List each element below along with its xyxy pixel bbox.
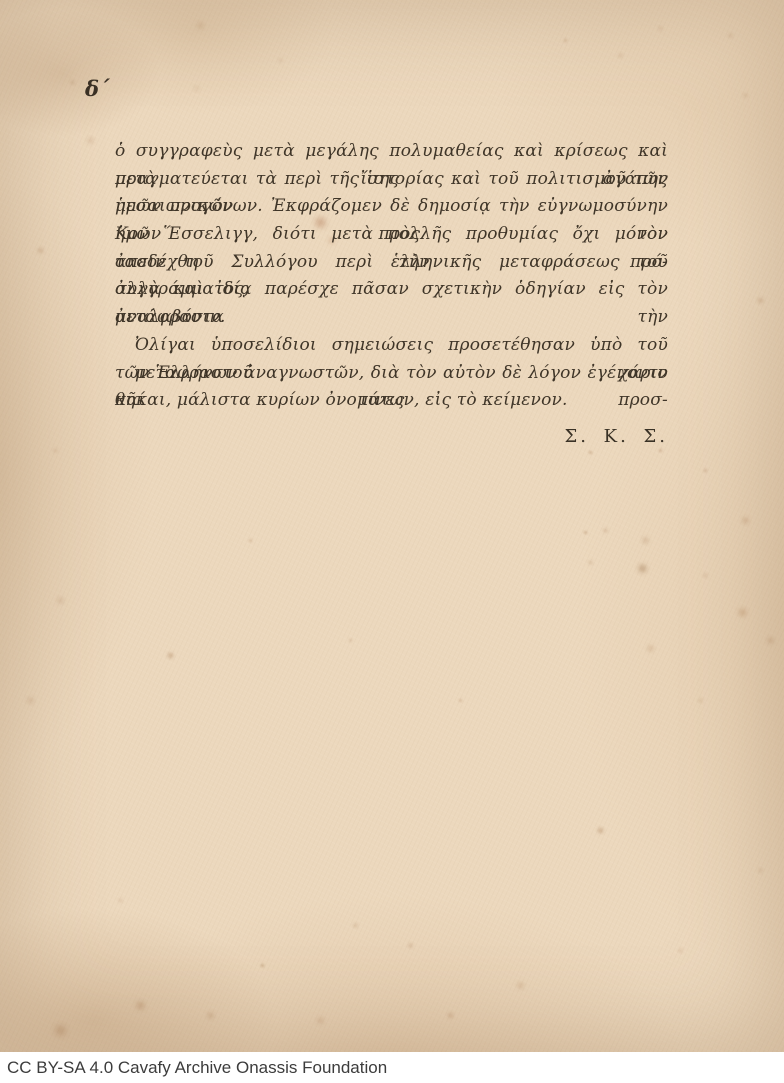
license-attribution-bar: CC BY-SA 4.0 Cavafy Archive Onassis Foun…: [0, 1052, 784, 1083]
text-line: ἀλλὰ καὶ ἰδίᾳ παρέσχε πᾶσαν σχετικὴν ὁδη…: [115, 276, 668, 304]
paragraph: ὁ συγγραφεὺς μετὰ μεγάλης πολυμαθείας κα…: [115, 138, 668, 332]
text-line: ἡμῶν προγόνων. Ἐκφράζομεν δὲ δημοσίᾳ τὴν…: [115, 193, 668, 221]
text-line: τασιν τοῦ Συλλόγου περὶ ἑλληνικῆς μεταφρ…: [115, 249, 668, 277]
text-line: ὁ συγγραφεὺς μετὰ μεγάλης πολυμαθείας κα…: [115, 138, 668, 166]
license-attribution-text: CC BY-SA 4.0 Cavafy Archive Onassis Foun…: [7, 1058, 387, 1077]
text-line: τῶν Ἑλλήνων ἀναγνωστῶν, διὰ τὸν αὐτὸν δὲ…: [115, 360, 668, 388]
author-initials: Σ. Κ. Σ.: [115, 426, 668, 447]
paragraph: Ὀλίγαι ὑποσελίδιοι σημειώσεις προσετέθησ…: [115, 332, 668, 415]
text-line: Κον Ἕσσελιγγ, διότι μετὰ πολλῆς προθυμία…: [115, 221, 668, 249]
foxing-stains: [0, 0, 1, 1]
body-text: ὁ συγγραφεὺς μετὰ μεγάλης πολυμαθείας κα…: [115, 138, 668, 415]
scanned-book-page: δ´ ὁ συγγραφεὺς μετὰ μεγάλης πολυμαθείας…: [0, 0, 784, 1083]
paper-background: δ´ ὁ συγγραφεὺς μετὰ μεγάλης πολυμαθείας…: [0, 0, 784, 1052]
text-line: Ὀλίγαι ὑποσελίδιοι σημειώσεις προσετέθησ…: [115, 332, 668, 360]
folio-mark: δ´: [85, 76, 110, 101]
text-line: πραγματεύεται τὰ περὶ τῆς ἱστορίας καὶ τ…: [115, 166, 668, 194]
